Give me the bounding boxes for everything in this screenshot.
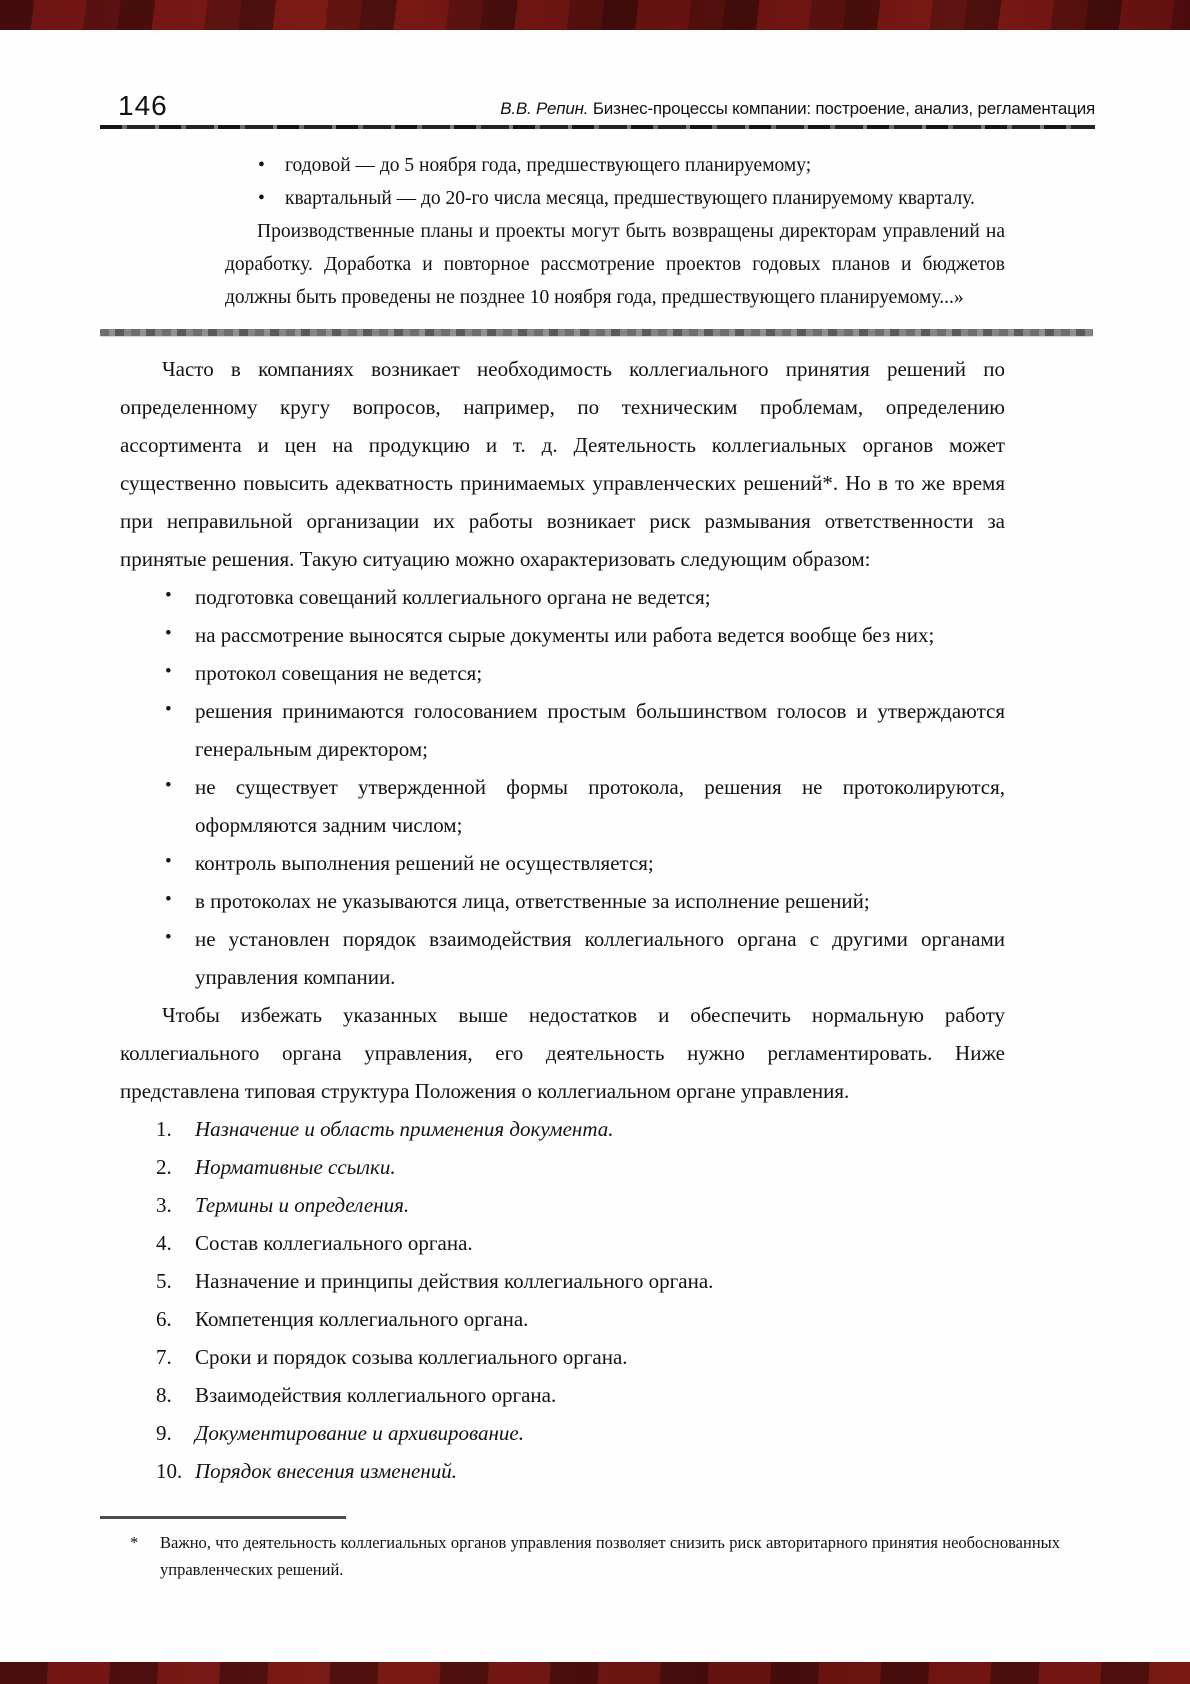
list-item: контроль выполнения решений не осуществл…: [120, 844, 1005, 882]
item-number: 2.: [156, 1148, 172, 1186]
list-item: 2.Нормативные ссылки.: [120, 1148, 1005, 1186]
list-item: в протоколах не указываются лица, ответс…: [120, 882, 1005, 920]
main-text: Часто в компаниях возникает необходимост…: [120, 350, 1005, 1490]
footnote-marker: *: [130, 1529, 138, 1556]
list-item: квартальный — до 20-го числа месяца, пре…: [225, 182, 1005, 215]
item-number: 6.: [156, 1300, 172, 1338]
section-divider: [100, 329, 1093, 336]
item-number: 7.: [156, 1338, 172, 1376]
page-header: 146 В.В. Репин. Бизнес-процессы компании…: [118, 92, 1095, 120]
list-item: не установлен порядок взаимодействия кол…: [120, 920, 1005, 996]
list-item: 1.Назначение и область применения докуме…: [120, 1110, 1005, 1148]
running-title-text: Бизнес-процессы компании: построение, ан…: [588, 99, 1095, 118]
item-text: Документирование и архивирование.: [195, 1421, 524, 1445]
list-item: решения принимаются голосованием простым…: [120, 692, 1005, 768]
item-text: Назначение и область применения документ…: [195, 1117, 614, 1141]
footnote: *Важно, что деятельность коллегиальных о…: [160, 1529, 1060, 1583]
footnote-text: Важно, что деятельность коллегиальных ор…: [160, 1533, 1060, 1579]
item-number: 3.: [156, 1186, 172, 1224]
list-item: 4.Состав коллегиального органа.: [120, 1224, 1005, 1262]
page-number: 146: [118, 92, 168, 120]
list-item: 5.Назначение и принципы действия коллеги…: [120, 1262, 1005, 1300]
item-text: Нормативные ссылки.: [195, 1155, 396, 1179]
list-item: протокол совещания не ведется;: [120, 654, 1005, 692]
list-item: 8.Взаимодействия коллегиального органа.: [120, 1376, 1005, 1414]
item-text: Компетенция коллегиального органа.: [195, 1307, 528, 1331]
list-item: на рассмотрение выносятся сырые документ…: [120, 616, 1005, 654]
book-edge-bottom: [0, 1662, 1190, 1684]
list-item: годовой — до 5 ноября года, предшествующ…: [225, 149, 1005, 182]
item-number: 8.: [156, 1376, 172, 1414]
structure-numbered-list: 1.Назначение и область применения докуме…: [120, 1110, 1005, 1490]
item-text: Термины и определения.: [195, 1193, 409, 1217]
list-item: 6.Компетенция коллегиального органа.: [120, 1300, 1005, 1338]
quote-bullet-list: годовой — до 5 ноября года, предшествующ…: [225, 149, 1005, 215]
list-item: не существует утвержденной формы протоко…: [120, 768, 1005, 844]
item-text: Взаимодействия коллегиального органа.: [195, 1383, 556, 1407]
item-number: 9.: [156, 1414, 172, 1452]
header-rule: [100, 125, 1095, 129]
running-title: В.В. Репин. Бизнес-процессы компании: по…: [500, 100, 1095, 120]
book-page-scan: 146 В.В. Репин. Бизнес-процессы компании…: [0, 0, 1190, 1684]
quote-paragraph: Производственные планы и проекты могут б…: [225, 215, 1005, 314]
item-text: Назначение и принципы действия коллегиал…: [195, 1269, 713, 1293]
item-text: Порядок внесения изменений.: [195, 1459, 457, 1483]
list-item: подготовка совещаний коллегиального орга…: [120, 578, 1005, 616]
list-item: 3.Термины и определения.: [120, 1186, 1005, 1224]
item-text: Сроки и порядок созыва коллегиального ор…: [195, 1345, 628, 1369]
item-number: 4.: [156, 1224, 172, 1262]
paragraph-regulation-advice: Чтобы избежать указанных выше недостатко…: [120, 996, 1005, 1110]
issues-bullet-list: подготовка совещаний коллегиального орга…: [120, 578, 1005, 996]
paragraph-collegial-intro: Часто в компаниях возникает необходимост…: [120, 350, 1005, 578]
item-number: 10.: [156, 1452, 182, 1490]
footnote-rule: [100, 1516, 346, 1519]
list-item: 7.Сроки и порядок созыва коллегиального …: [120, 1338, 1005, 1376]
regulation-quote-block: годовой — до 5 ноября года, предшествующ…: [225, 149, 1005, 314]
list-item: 9.Документирование и архивирование.: [120, 1414, 1005, 1452]
item-text: Состав коллегиального органа.: [195, 1231, 473, 1255]
book-edge-top: [0, 0, 1190, 30]
item-number: 5.: [156, 1262, 172, 1300]
list-item: 10.Порядок внесения изменений.: [120, 1452, 1005, 1490]
item-number: 1.: [156, 1110, 172, 1148]
running-title-author: В.В. Репин.: [500, 99, 588, 118]
